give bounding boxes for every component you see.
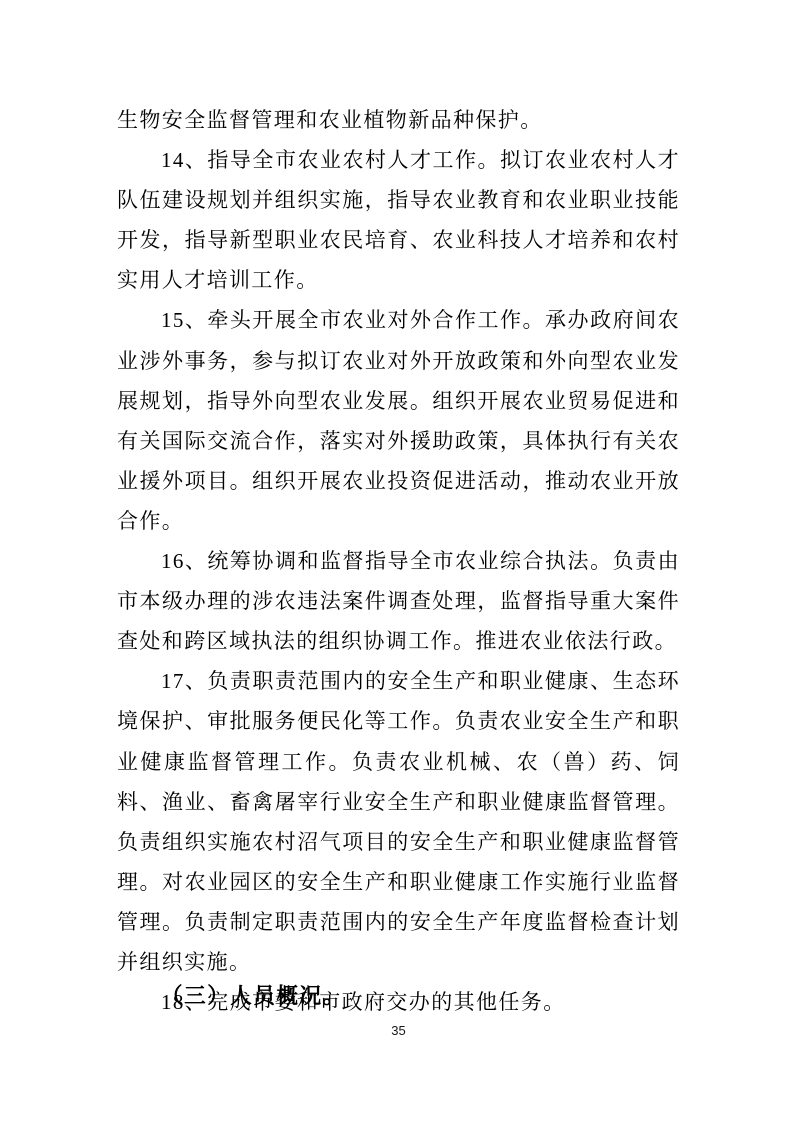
body-paragraph-item-17: 17、负责职责范围内的安全生产和职业健康、生态环境保护、审批服务便民化等工作。负… [117, 661, 680, 982]
section-heading: （三）人员概况。 [117, 976, 680, 1016]
document-body: 生物安全监督管理和农业植物新品种保护。 14、指导全市农业农村人才工作。拟订农业… [117, 100, 680, 1022]
body-paragraph-continuation: 生物安全监督管理和农业植物新品种保护。 [117, 100, 680, 140]
body-paragraph-item-14: 14、指导全市农业农村人才工作。拟订农业农村人才队伍建设规划并组织实施，指导农业… [117, 140, 680, 300]
body-paragraph-item-15: 15、牵头开展全市农业对外合作工作。承办政府间农业涉外事务，参与拟订农业对外开放… [117, 300, 680, 541]
document-page: 生物安全监督管理和农业植物新品种保护。 14、指导全市农业农村人才工作。拟订农业… [0, 0, 793, 1122]
body-paragraph-item-16: 16、统筹协调和监督指导全市农业综合执法。负责由市本级办理的涉农违法案件调查处理… [117, 541, 680, 661]
page-number: 35 [117, 1023, 680, 1039]
